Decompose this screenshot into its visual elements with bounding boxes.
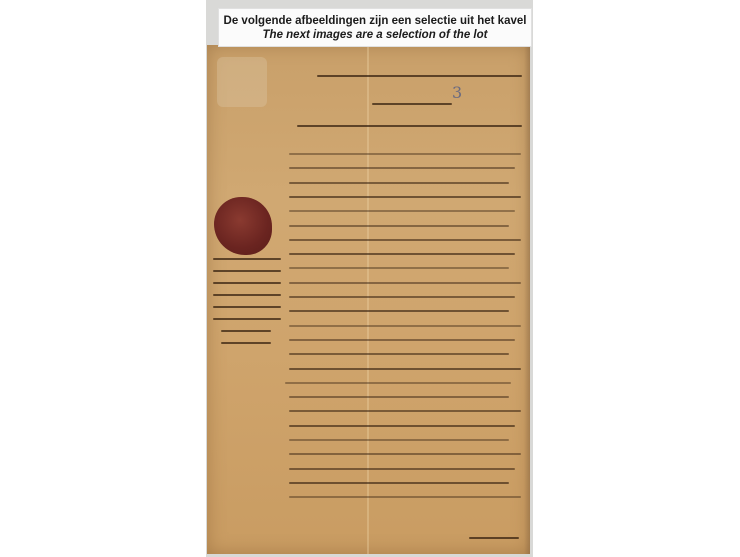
handwriting-line [289, 325, 521, 327]
handwriting-line [289, 182, 509, 184]
handwriting-line [289, 353, 509, 355]
annotation-line [213, 306, 281, 308]
handwriting-line [289, 167, 515, 169]
handwriting-line [289, 210, 515, 212]
handwriting-line [289, 239, 521, 241]
handwriting-line [285, 382, 511, 384]
handwriting-line [289, 196, 521, 198]
annotation-line [213, 294, 281, 296]
handwriting-line [289, 310, 509, 312]
handwriting-line [289, 482, 509, 484]
embossed-stamp [217, 57, 267, 107]
annotation-line [213, 270, 281, 272]
handwriting-line [289, 425, 515, 427]
lot-banner: De volgende afbeeldingen zijn een select… [218, 8, 532, 47]
wax-seal [214, 197, 272, 255]
margin-annotation [213, 258, 283, 358]
annotation-line [221, 330, 271, 332]
annotation-line [213, 318, 281, 320]
handwriting-line [289, 368, 521, 370]
paper-edge [524, 45, 530, 554]
document-paper: 3 [207, 45, 530, 554]
handwriting-line [289, 253, 515, 255]
annotation-line [213, 282, 281, 284]
handwriting-line [372, 103, 452, 105]
handwriting-line [289, 267, 509, 269]
handwriting-line [289, 225, 509, 227]
annotation-line [221, 342, 271, 344]
handwriting-line [289, 439, 509, 441]
page-number: 3 [452, 83, 462, 102]
handwriting-line [289, 453, 521, 455]
handwriting-line [289, 396, 509, 398]
handwriting-line [289, 153, 521, 155]
handwriting-line [297, 125, 522, 127]
annotation-line [213, 258, 281, 260]
handwriting-line [289, 339, 515, 341]
handwriting-line [289, 410, 521, 412]
handwriting-line [289, 282, 521, 284]
handwriting-line [289, 468, 515, 470]
banner-text-dutch: De volgende afbeeldingen zijn een select… [224, 14, 527, 28]
signature-line [469, 537, 519, 539]
paper-fold [367, 45, 369, 554]
handwriting-line [289, 296, 515, 298]
banner-text-english: The next images are a selection of the l… [263, 28, 488, 42]
handwriting-line [317, 75, 522, 77]
handwriting-line [289, 496, 521, 498]
